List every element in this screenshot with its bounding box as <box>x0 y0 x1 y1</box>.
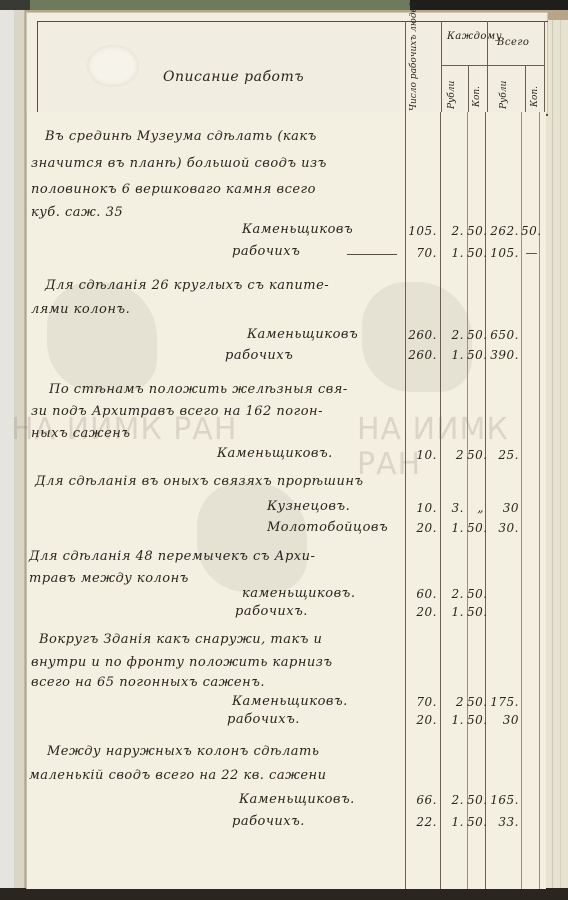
each-kopecks-header: Коп. <box>472 86 482 107</box>
each-rubles: 1. <box>440 348 464 362</box>
entry-description-line: По стѣнамъ положить желѣзныя свя- <box>49 382 348 397</box>
watermark-text: НА ИИМК РАН <box>357 412 546 482</box>
worker-count: 105. <box>407 224 437 238</box>
worker-type: Каменьщиковъ <box>247 327 358 342</box>
total-rubles: 390. <box>485 348 519 362</box>
total-kopecks: — <box>521 246 538 260</box>
each-rubles: 2 <box>440 448 464 462</box>
entry-description-line: маленькій сводъ всего на 22 кв. сажени <box>29 768 327 783</box>
worker-count: 66. <box>407 793 437 807</box>
each-rubles: 1. <box>440 713 464 727</box>
worker-type: Молотобойцовъ <box>267 520 388 535</box>
each-kopecks: 50. <box>467 695 484 709</box>
entry-description-line: Между наружныхъ колонъ сдѣлать <box>47 744 319 759</box>
each-kopecks: 50. <box>467 246 484 260</box>
total-column-header: Всего <box>497 37 529 48</box>
total-rubles: 33. <box>485 815 519 829</box>
entry-description-line: Для сдѣланія въ оныхъ связяхъ прорѣшинъ <box>35 474 364 489</box>
watermark-logo <box>47 282 157 392</box>
embossed-seal <box>87 45 139 87</box>
each-kopecks: 50. <box>467 328 484 342</box>
total-rubles: 262. <box>485 224 519 238</box>
total-rubles-header: Рубли <box>499 81 509 109</box>
worker-type: Каменьщиковъ <box>242 222 353 237</box>
total-kopecks-header: Коп. <box>530 86 540 107</box>
entry-description-line: половинокъ 6 вершковаго камня всего <box>31 182 316 197</box>
each-kopecks: 50. <box>467 521 484 535</box>
each-kopecks: 50. <box>467 587 484 601</box>
worker-type: Каменьщиковъ. <box>217 446 333 461</box>
entry-description-line: Для сдѣланія 26 круглыхъ съ капите- <box>45 278 329 293</box>
each-rubles: 1. <box>440 246 464 260</box>
worker-count: 260. <box>407 348 437 362</box>
total-rubles: 165. <box>485 793 519 807</box>
total-kopecks: 50. <box>521 224 538 238</box>
worker-count: 20. <box>407 713 437 727</box>
total-rubles: 25. <box>485 448 519 462</box>
workers-column-header: Число рабочихъ людей <box>409 23 419 111</box>
entry-description-line: внутри и по фронту положить карнизъ <box>31 655 333 670</box>
page-stack-right <box>545 20 568 890</box>
worker-count: 70. <box>407 246 437 260</box>
each-rubles-header: Рубли <box>447 81 457 109</box>
scan-top-edge <box>0 0 568 10</box>
worker-type: рабочихъ. <box>235 604 308 619</box>
ledger-page: НА ИИМК РАН НА ИИМК РАН Въ срединѣ Музеу… <box>26 112 546 889</box>
worker-count: 70. <box>407 695 437 709</box>
worker-count: 20. <box>407 605 437 619</box>
worker-type: Каменьщиковъ. <box>239 792 355 807</box>
each-kopecks: 50. <box>467 448 484 462</box>
each-rubles: 2. <box>440 587 464 601</box>
entry-description-line: Вокругъ Зданія какъ снаружи, такъ и <box>39 632 322 647</box>
total-rubles: 650. <box>485 328 519 342</box>
each-kopecks: 50. <box>467 605 484 619</box>
worker-type: рабочихъ. <box>227 712 300 727</box>
entry-description-line: зи подъ Архитравъ всего на 162 погон- <box>31 404 323 419</box>
table-header: Описание работъ Число рабочихъ людей Каж… <box>26 12 548 114</box>
entry-description-line: куб. саж. 35 <box>31 205 123 220</box>
worker-type: Каменьщиковъ. <box>232 694 348 709</box>
each-rubles: 2. <box>440 793 464 807</box>
total-rubles: 30. <box>485 521 519 535</box>
each-kopecks: 50. <box>467 815 484 829</box>
entry-description-line: лями колонъ. <box>31 302 130 317</box>
page-stack-left <box>14 10 25 890</box>
worker-count: 20. <box>407 521 437 535</box>
entry-description-line: травъ между колонъ <box>29 571 189 586</box>
worker-count: 22. <box>407 815 437 829</box>
entry-description-line: всего на 65 погонныхъ саженъ. <box>31 675 265 690</box>
total-rubles: 30 <box>485 501 519 515</box>
each-rubles: 2 <box>440 695 464 709</box>
each-kopecks: 50. <box>467 793 484 807</box>
each-kopecks: 50. <box>467 713 484 727</box>
worker-count: 60. <box>407 587 437 601</box>
total-rubles: 30 <box>485 713 519 727</box>
worker-type: рабочихъ. <box>232 814 305 829</box>
entry-description-line: Для сдѣланія 48 перемычекъ съ Архи- <box>29 549 315 564</box>
total-rubles: 105. <box>485 246 519 260</box>
each-kopecks: „ <box>467 501 484 515</box>
each-kopecks: 50. <box>467 224 484 238</box>
each-rubles: 2. <box>440 328 464 342</box>
each-rubles: 3. <box>440 501 464 515</box>
binding-left <box>0 10 14 900</box>
worker-count: 10. <box>407 448 437 462</box>
total-rubles: 175. <box>485 695 519 709</box>
entry-description-line: Въ срединѣ Музеума сдѣлать (какъ <box>45 129 317 144</box>
each-rubles: 1. <box>440 605 464 619</box>
description-column-header: Описание работъ <box>163 69 304 85</box>
scan-bottom-edge <box>0 888 568 900</box>
worker-count: 260. <box>407 328 437 342</box>
filler-dash <box>347 254 397 255</box>
each-rubles: 2. <box>440 224 464 238</box>
each-rubles: 1. <box>440 815 464 829</box>
worker-count: 10. <box>407 501 437 515</box>
each-rubles: 1. <box>440 521 464 535</box>
worker-type: рабочихъ <box>225 348 293 363</box>
worker-type: рабочихъ <box>232 244 300 259</box>
worker-type: каменьщиковъ. <box>242 586 355 601</box>
each-kopecks: 50. <box>467 348 484 362</box>
entry-description-line: значится въ планѣ) большой сводъ изъ <box>31 156 327 171</box>
worker-type: Кузнецовъ. <box>267 499 350 514</box>
entry-description-line: ныхъ саженъ <box>31 426 131 441</box>
each-column-header: Каждому <box>447 31 502 42</box>
